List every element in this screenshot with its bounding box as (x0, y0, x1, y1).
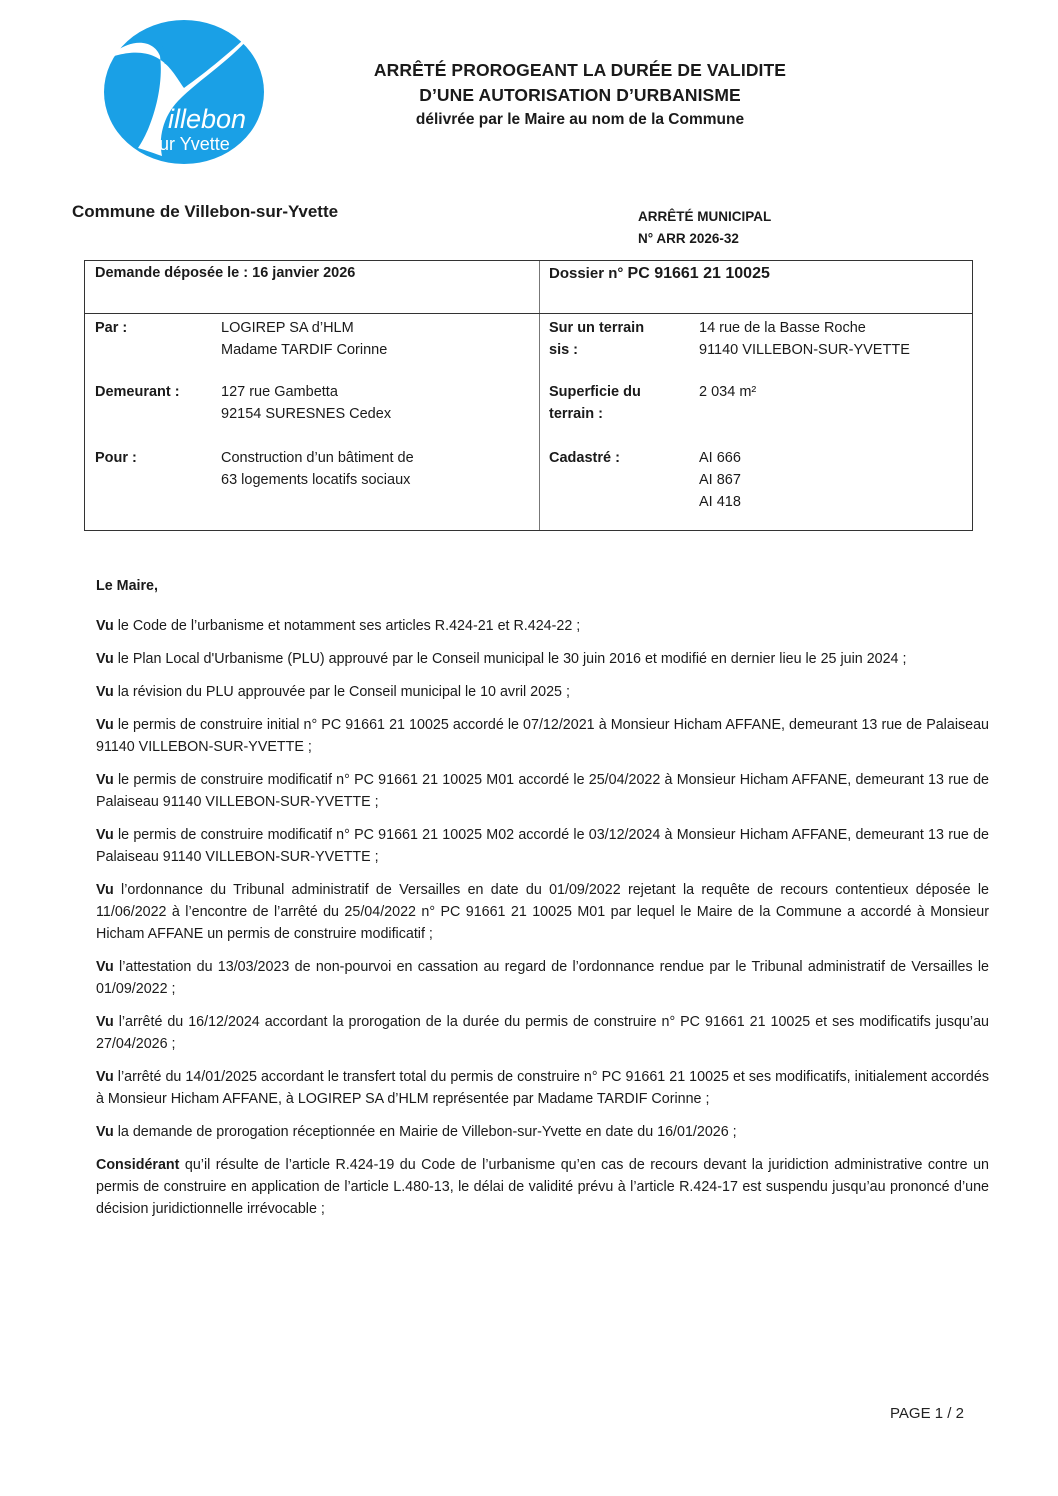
consideration-paragraph: Vu le permis de construire initial n° PC… (96, 714, 989, 758)
consideration-paragraph: Vu l’attestation du 13/03/2023 de non-po… (96, 956, 989, 1000)
commune-name: Commune de Villebon-sur-Yvette (72, 202, 338, 222)
arrete-reference: ARRÊTÉ MUNICIPAL N° ARR 2026-32 (638, 206, 771, 250)
document-title-block: ARRÊTÉ PROROGEANT LA DURÉE DE VALIDITE D… (340, 58, 820, 132)
field-value: 14 rue de la Basse Roche 91140 VILLEBON-… (699, 317, 910, 361)
paragraph-text: le Plan Local d'Urbanisme (PLU) approuvé… (114, 651, 907, 667)
paragraph-lead: Vu (96, 651, 114, 667)
label-line: Superficie du (549, 381, 669, 403)
consideration-paragraph: Vu le Code de l’urbanisme et notamment s… (96, 615, 989, 637)
paragraph-lead: Vu (96, 618, 114, 634)
consideration-paragraph: Vu le Plan Local d'Urbanisme (PLU) appro… (96, 648, 989, 670)
value-line: 2 034 m² (699, 381, 756, 403)
value-line: 127 rue Gambetta (221, 381, 391, 403)
dossier-label: Dossier n° (549, 265, 628, 282)
field-value: LOGIREP SA d’HLM Madame TARDIF Corinne (221, 317, 387, 361)
considerations-list: Vu le Code de l’urbanisme et notamment s… (96, 615, 989, 1220)
paragraph-text: le Code de l’urbanisme et notamment ses … (114, 618, 580, 634)
consideration-paragraph: Vu l’arrêté du 16/12/2024 accordant la p… (96, 1011, 989, 1055)
title-line-2: D’UNE AUTORISATION D’URBANISME (340, 83, 820, 108)
field-label: Pour : (95, 447, 215, 469)
field-label: Superficie du terrain : (549, 381, 669, 425)
paragraph-text: l’arrêté du 14/01/2025 accordant le tran… (96, 1069, 989, 1107)
page-number: PAGE 1 / 2 (890, 1405, 964, 1422)
value-line: 14 rue de la Basse Roche (699, 317, 910, 339)
field-value: 127 rue Gambetta 92154 SURESNES Cedex (221, 381, 391, 425)
value-line: 63 logements locatifs sociaux (221, 469, 414, 491)
demande-date: Demande déposée le : 16 janvier 2026 (95, 265, 355, 281)
value-line: AI 666 (699, 447, 741, 469)
table-divider-horizontal-left (85, 313, 539, 314)
paragraph-lead: Vu (96, 717, 114, 733)
title-line-1: ARRÊTÉ PROROGEANT LA DURÉE DE VALIDITE (340, 58, 820, 83)
paragraph-lead: Considérant (96, 1157, 179, 1173)
paragraph-lead: Vu (96, 959, 114, 975)
field-value: 2 034 m² (699, 381, 756, 403)
consideration-paragraph: Vu le permis de construire modificatif n… (96, 769, 989, 813)
label-line: terrain : (549, 403, 669, 425)
value-line: Madame TARDIF Corinne (221, 339, 387, 361)
info-table: Demande déposée le : 16 janvier 2026 Dos… (84, 260, 973, 531)
paragraph-lead: Vu (96, 882, 114, 898)
paragraph-text: l’ordonnance du Tribunal administratif d… (96, 882, 989, 942)
field-value: AI 666 AI 867 AI 418 (699, 447, 741, 513)
value-line: 92154 SURESNES Cedex (221, 403, 391, 425)
consideration-paragraph: Vu le permis de construire modificatif n… (96, 824, 989, 868)
label-line: Cadastré : (549, 447, 669, 469)
consideration-paragraph: Considérant qu’il résulte de l’article R… (96, 1154, 989, 1220)
field-label: Demeurant : (95, 381, 215, 403)
value-line: Construction d’un bâtiment de (221, 447, 414, 469)
paragraph-text: le permis de construire modificatif n° P… (96, 772, 989, 810)
body-intro: Le Maire, (96, 575, 989, 597)
paragraph-text: l’attestation du 13/03/2023 de non-pourv… (96, 959, 989, 997)
field-label: Sur un terrain sis : (549, 317, 669, 361)
value-line: LOGIREP SA d’HLM (221, 317, 387, 339)
paragraph-lead: Vu (96, 1069, 114, 1085)
svg-text:illebon: illebon (168, 104, 246, 134)
dossier-number: Dossier n° PC 91661 21 10025 (549, 265, 770, 283)
paragraph-lead: Vu (96, 772, 114, 788)
label-line: sis : (549, 339, 669, 361)
paragraph-text: le permis de construire modificatif n° P… (96, 827, 989, 865)
consideration-paragraph: Vu l’ordonnance du Tribunal administrati… (96, 879, 989, 945)
table-divider-vertical (539, 261, 540, 530)
paragraph-text: l’arrêté du 16/12/2024 accordant la pror… (96, 1014, 989, 1052)
paragraph-lead: Vu (96, 1124, 114, 1140)
value-line: AI 867 (699, 469, 741, 491)
consideration-paragraph: Vu la demande de prorogation réceptionné… (96, 1121, 989, 1143)
villebon-logo-icon: illebon sur Yvette (98, 16, 264, 164)
field-value: Construction d’un bâtiment de 63 logemen… (221, 447, 414, 491)
value-line: 91140 VILLEBON-SUR-YVETTE (699, 339, 910, 361)
title-subtitle: délivrée par le Maire au nom de la Commu… (340, 108, 820, 132)
field-label: Par : (95, 317, 215, 339)
paragraph-text: qu’il résulte de l’article R.424-19 du C… (96, 1157, 989, 1217)
consideration-paragraph: Vu la révision du PLU approuvée par le C… (96, 681, 989, 703)
label-line: Sur un terrain (549, 317, 669, 339)
svg-text:sur Yvette: sur Yvette (150, 134, 230, 154)
arrete-number: N° ARR 2026-32 (638, 228, 771, 250)
paragraph-text: le permis de construire initial n° PC 91… (96, 717, 989, 755)
field-label: Cadastré : (549, 447, 669, 469)
consideration-paragraph: Vu l’arrêté du 14/01/2025 accordant le t… (96, 1066, 989, 1110)
paragraph-lead: Vu (96, 684, 114, 700)
table-divider-horizontal-right (539, 313, 972, 314)
paragraph-text: la révision du PLU approuvée par le Cons… (114, 684, 570, 700)
paragraph-lead: Vu (96, 1014, 114, 1030)
paragraph-lead: Vu (96, 827, 114, 843)
paragraph-text: la demande de prorogation réceptionnée e… (114, 1124, 737, 1140)
dossier-value: PC 91661 21 10025 (628, 265, 770, 282)
arrete-label: ARRÊTÉ MUNICIPAL (638, 206, 771, 228)
value-line: AI 418 (699, 491, 741, 513)
arrete-body: Le Maire, Vu le Code de l’urbanisme et n… (96, 575, 989, 1231)
villebon-logo: illebon sur Yvette (98, 16, 264, 164)
